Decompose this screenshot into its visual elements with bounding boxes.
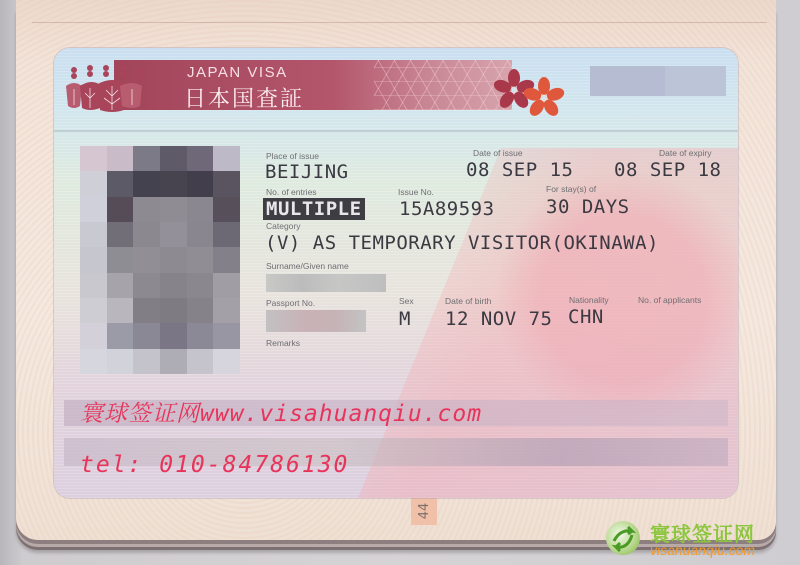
- paulownia-crest-icon: [62, 60, 162, 114]
- nationality-value: CHN: [568, 306, 604, 328]
- passport-no-redacted: [266, 310, 366, 332]
- date-of-birth-value: 12 NOV 75: [445, 308, 552, 330]
- issue-no-value: 15A89593: [399, 198, 495, 220]
- place-of-issue-label: Place of issue: [266, 151, 319, 161]
- visa-sticker: JAPAN VISA 日本国査証: [54, 48, 738, 498]
- visa-title-jp: 日本国査証: [184, 82, 304, 113]
- visa-title-en: JAPAN VISA: [187, 64, 288, 81]
- no-of-entries-value: MULTIPLE: [263, 198, 365, 220]
- category-value: (V) AS TEMPORARY VISITOR(OKINAWA): [265, 232, 659, 254]
- no-of-applicants-label: No. of applicants: [638, 295, 701, 305]
- cherry-blossom-icon: [490, 66, 572, 120]
- remarks-label: Remarks: [266, 338, 300, 348]
- brand-url: visahuanqiu.com: [650, 542, 755, 558]
- holder-photo-pixelated: [80, 146, 240, 374]
- for-stays-of-label: For stay(s) of: [546, 184, 596, 194]
- overlay-phone-text: tel: 010-84786130: [80, 452, 349, 478]
- date-of-expiry-value: 08 SEP 18: [614, 159, 721, 181]
- issue-no-label: Issue No.: [398, 187, 434, 197]
- passport-no-label: Passport No.: [266, 298, 315, 308]
- page-fold: [32, 22, 767, 23]
- category-label: Category: [266, 221, 301, 231]
- nationality-label: Nationality: [569, 295, 609, 305]
- date-of-issue-value: 08 SEP 15: [466, 159, 573, 181]
- header-band: JAPAN VISA 日本国査証: [114, 60, 512, 110]
- date-of-issue-label: Date of issue: [473, 148, 523, 158]
- date-of-birth-label: Date of birth: [445, 296, 491, 306]
- globe-arrows-logo-icon: [606, 521, 640, 555]
- sex-value: M: [399, 308, 411, 330]
- sex-label: Sex: [399, 296, 414, 306]
- redacted-visa-number: [590, 66, 726, 96]
- date-of-expiry-label: Date of expiry: [659, 148, 711, 158]
- overlay-website-text: 寰球签证网www.visahuanqiu.com: [80, 395, 482, 428]
- page-number-tab: 44: [411, 497, 437, 525]
- no-of-entries-label: No. of entries: [266, 187, 317, 197]
- card-divider: [54, 130, 738, 132]
- place-of-issue-value: BEIJING: [265, 161, 349, 183]
- for-stays-of-value: 30 DAYS: [546, 196, 630, 218]
- surname-given-name-label: Surname/Given name: [266, 261, 349, 271]
- surname-given-name-redacted: [266, 274, 386, 292]
